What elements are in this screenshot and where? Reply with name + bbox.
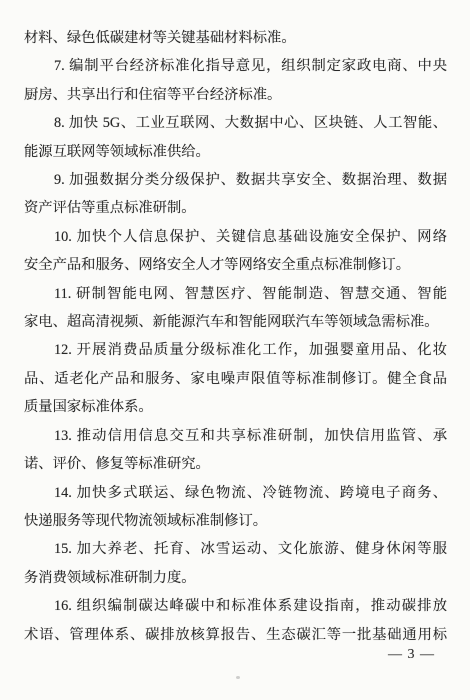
paragraph: 11. 研制智能电网、智慧医疗、智能制造、智慧交通、智能家电、超高清视频、新能源… (24, 280, 447, 337)
body-text: 材料、绿色低碳建材等关键基础材料标准。7. 编制平台经济标准化指导意见，组织制定… (24, 24, 447, 649)
text-line: 13. 推动信用信息交互和共享标准研制，加快信用监管、承 (24, 422, 447, 450)
paragraph: 材料、绿色低碳建材等关键基础材料标准。 (24, 24, 447, 52)
text-line: 材料、绿色低碳建材等关键基础材料标准。 (24, 24, 447, 52)
paragraph: 13. 推动信用信息交互和共享标准研制，加快信用监管、承诺、评价、修复等标准研究… (24, 422, 447, 479)
text-line: 16. 组织编制碳达峰碳中和标准体系建设指南，推动碳排放 (24, 592, 447, 620)
text-line: 诺、评价、修复等标准研究。 (24, 450, 447, 478)
paragraph: 15. 加大养老、托育、冰雪运动、文化旅游、健身休闲等服务消费领域标准研制力度。 (24, 535, 447, 592)
text-line: 品、适老化产品和服务、家电噪声限值等标准制修订。健全食品 (24, 365, 447, 393)
paragraph: 14. 加快多式联运、绿色物流、冷链物流、跨境电子商务、快递服务等现代物流领域标… (24, 479, 447, 536)
text-line: 12. 开展消费品质量分级标准化工作，加强婴童用品、化妆 (24, 336, 447, 364)
text-line: 家电、超高清视频、新能源汽车和智能网联汽车等领域急需标准。 (24, 308, 447, 336)
text-line: 术语、管理体系、碳排放核算报告、生态碳汇等一批基础通用标 (24, 621, 447, 649)
paragraph: 10. 加快个人信息保护、关键信息基础设施安全保护、网络安全产品和服务、网络安全… (24, 223, 447, 280)
paragraph: 12. 开展消费品质量分级标准化工作，加强婴童用品、化妆品、适老化产品和服务、家… (24, 336, 447, 421)
text-line: 资产评估等重点标准研制。 (24, 194, 447, 222)
scan-artifact (236, 676, 240, 679)
text-line: 8. 加快 5G、工业互联网、大数据中心、区块链、人工智能、 (24, 109, 447, 137)
text-line: 能源互联网等领域标准供给。 (24, 138, 447, 166)
paragraph: 8. 加快 5G、工业互联网、大数据中心、区块链、人工智能、能源互联网等领域标准… (24, 109, 447, 166)
text-line: 11. 研制智能电网、智慧医疗、智能制造、智慧交通、智能 (24, 280, 447, 308)
text-line: 9. 加强数据分类分级保护、数据共享安全、数据治理、数据 (24, 166, 447, 194)
text-line: 10. 加快个人信息保护、关键信息基础设施安全保护、网络 (24, 223, 447, 251)
paragraph: 9. 加强数据分类分级保护、数据共享安全、数据治理、数据资产评估等重点标准研制。 (24, 166, 447, 223)
text-line: 安全产品和服务、网络安全人才等网络安全重点标准制修订。 (24, 251, 447, 279)
page-number: — 3 — (388, 646, 435, 664)
text-line: 快递服务等现代物流领域标准制修订。 (24, 507, 447, 535)
text-line: 7. 编制平台经济标准化指导意见，组织制定家政电商、中央 (24, 52, 447, 80)
text-line: 14. 加快多式联运、绿色物流、冷链物流、跨境电子商务、 (24, 479, 447, 507)
text-line: 质量国家标准体系。 (24, 393, 447, 421)
text-line: 15. 加大养老、托育、冰雪运动、文化旅游、健身休闲等服 (24, 535, 447, 563)
document-page: 材料、绿色低碳建材等关键基础材料标准。7. 编制平台经济标准化指导意见，组织制定… (0, 0, 470, 700)
paragraph: 7. 编制平台经济标准化指导意见，组织制定家政电商、中央厨房、共享出行和住宿等平… (24, 52, 447, 109)
paragraph: 16. 组织编制碳达峰碳中和标准体系建设指南，推动碳排放术语、管理体系、碳排放核… (24, 592, 447, 649)
text-line: 厨房、共享出行和住宿等平台经济标准。 (24, 81, 447, 109)
text-line: 务消费领域标准研制力度。 (24, 564, 447, 592)
